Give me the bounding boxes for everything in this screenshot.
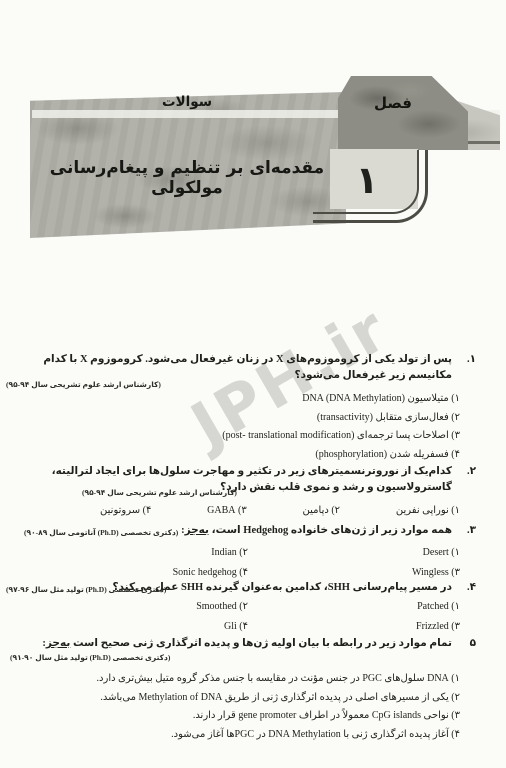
option-1: ۱) متیلاسیون DNA (DNA Methylation) — [0, 390, 460, 409]
chapter-tab — [338, 76, 468, 150]
question-number: ۴. — [452, 580, 476, 596]
question-text-underlined: به‌جز — [46, 638, 70, 649]
chapter-title: مقدمه‌ای بر تنظیم و پیغام‌رسانی مولکولی — [34, 158, 340, 198]
option-2: ۲) یکی از مسیرهای اصلی در پدیده اثرگذاری… — [0, 689, 460, 708]
option-4: ۴) آغاز پدیده اثرگذاری ژنی با DNA Methyl… — [0, 726, 460, 745]
question-3: ۳. همه موارد زیر از ژن‌های خانواده Hedge… — [0, 523, 506, 580]
option-2: ۲) Smoothed — [0, 597, 248, 617]
question-number: ۲. — [452, 464, 476, 496]
question-4-options: ۱) Patched ۲) Smoothed ۳) Frizzled ۴) Gl… — [0, 597, 506, 637]
option-3: ۳) نواحی CpG islands معمولاً در اطراف ge… — [0, 707, 460, 726]
question-number: ۵ — [452, 636, 476, 652]
question-2-head: ۲. کدام‌یک از نوروترنسمیترهای زیر در تکث… — [0, 464, 506, 496]
question-1-head: ۱. پس از تولد یکی از کروموزوم‌های X در ز… — [0, 352, 506, 384]
option-3: ۳) اصلاحات پسا ترجمه‌ای (post- translati… — [0, 427, 460, 446]
option-2: ۲) فعال‌سازی متقابل (transactivity) — [0, 409, 460, 428]
question-1-options: ۱) متیلاسیون DNA (DNA Methylation) ۲) فع… — [0, 390, 506, 464]
question-2: ۲. کدام‌یک از نوروترنسمیترهای زیر در تکث… — [0, 464, 506, 522]
question-text-main: همه موارد زیر از ژن‌های خانواده Hedgehog… — [209, 525, 452, 536]
question-source: (دکتری تخصصی (Ph.D) آناتومی سال ۸۹-۹۰) — [24, 528, 178, 537]
question-source: (کارشناس ارشد علوم تشریحی سال ۹۴-۹۵) — [82, 488, 237, 497]
option-1: ۱) DNA سلول‌های PGC در جنس مؤنث در مقایس… — [0, 670, 460, 689]
question-5-head: ۵ تمام موارد زیر در رابطه با بیان اولیه … — [0, 636, 506, 652]
question-source: (دکتری تخصصی (Ph.D) تولید مثل سال ۹۶-۹۷) — [6, 585, 166, 594]
option-2: ۲) Indian — [0, 543, 248, 563]
option-4: ۴) فسفریله شدن (phosphorylation) — [0, 446, 460, 465]
chapter-banner: فصل ۱ سوالات مقدمه‌ای بر تنظیم و پیغام‌ر… — [0, 0, 506, 265]
scanned-book-page: { "banner": { "section_label": "سوالات",… — [0, 0, 506, 768]
question-4: ۴. در مسیر پیام‌رسانی SHH، کدامین به‌عنو… — [0, 580, 506, 636]
question-source: (دکتری تخصصی (Ph.D) تولید مثل سال ۹۰-۹۱) — [10, 653, 170, 662]
section-label: سوالات — [34, 94, 340, 110]
question-text: پس از تولد یکی از کروموزوم‌های X در زنان… — [0, 352, 452, 384]
option-2: ۲) دپامین — [303, 503, 340, 518]
option-1: ۱) نوراپی نفرین — [396, 503, 460, 518]
option-1: ۱) Desert — [248, 543, 460, 563]
question-text-main: تمام موارد زیر در رابطه با بیان اولیه ژن… — [70, 638, 452, 649]
question-number: ۱. — [452, 352, 476, 384]
chapter-number: ۱ — [336, 152, 398, 208]
option-3: ۳) Frizzled — [248, 617, 460, 637]
question-5: ۵ تمام موارد زیر در رابطه با بیان اولیه … — [0, 636, 506, 746]
option-3: ۳) GABA — [207, 503, 247, 518]
question-5-options: ۱) DNA سلول‌های PGC در جنس مؤنث در مقایس… — [0, 670, 506, 744]
question-number: ۳. — [452, 523, 476, 539]
question-text-underlined: به‌جز — [185, 525, 209, 536]
option-4: ۴) سروتونین — [100, 503, 151, 518]
question-source: (کارشناس ارشد علوم تشریحی سال ۹۴-۹۵) — [6, 380, 161, 389]
option-1: ۱) Patched — [248, 597, 460, 617]
question-2-options: ۱) نوراپی نفرین ۲) دپامین ۳) GABA ۴) سرو… — [0, 503, 506, 518]
option-4: ۴) Gli — [0, 617, 248, 637]
chapter-label: فصل — [338, 94, 448, 112]
question-text: تمام موارد زیر در رابطه با بیان اولیه ژن… — [0, 636, 452, 652]
question-3-options: ۱) Desert ۲) Indian ۳) Wingless ۴) Sonic… — [0, 543, 506, 583]
question-1: ۱. پس از تولد یکی از کروموزوم‌های X در ز… — [0, 352, 506, 464]
